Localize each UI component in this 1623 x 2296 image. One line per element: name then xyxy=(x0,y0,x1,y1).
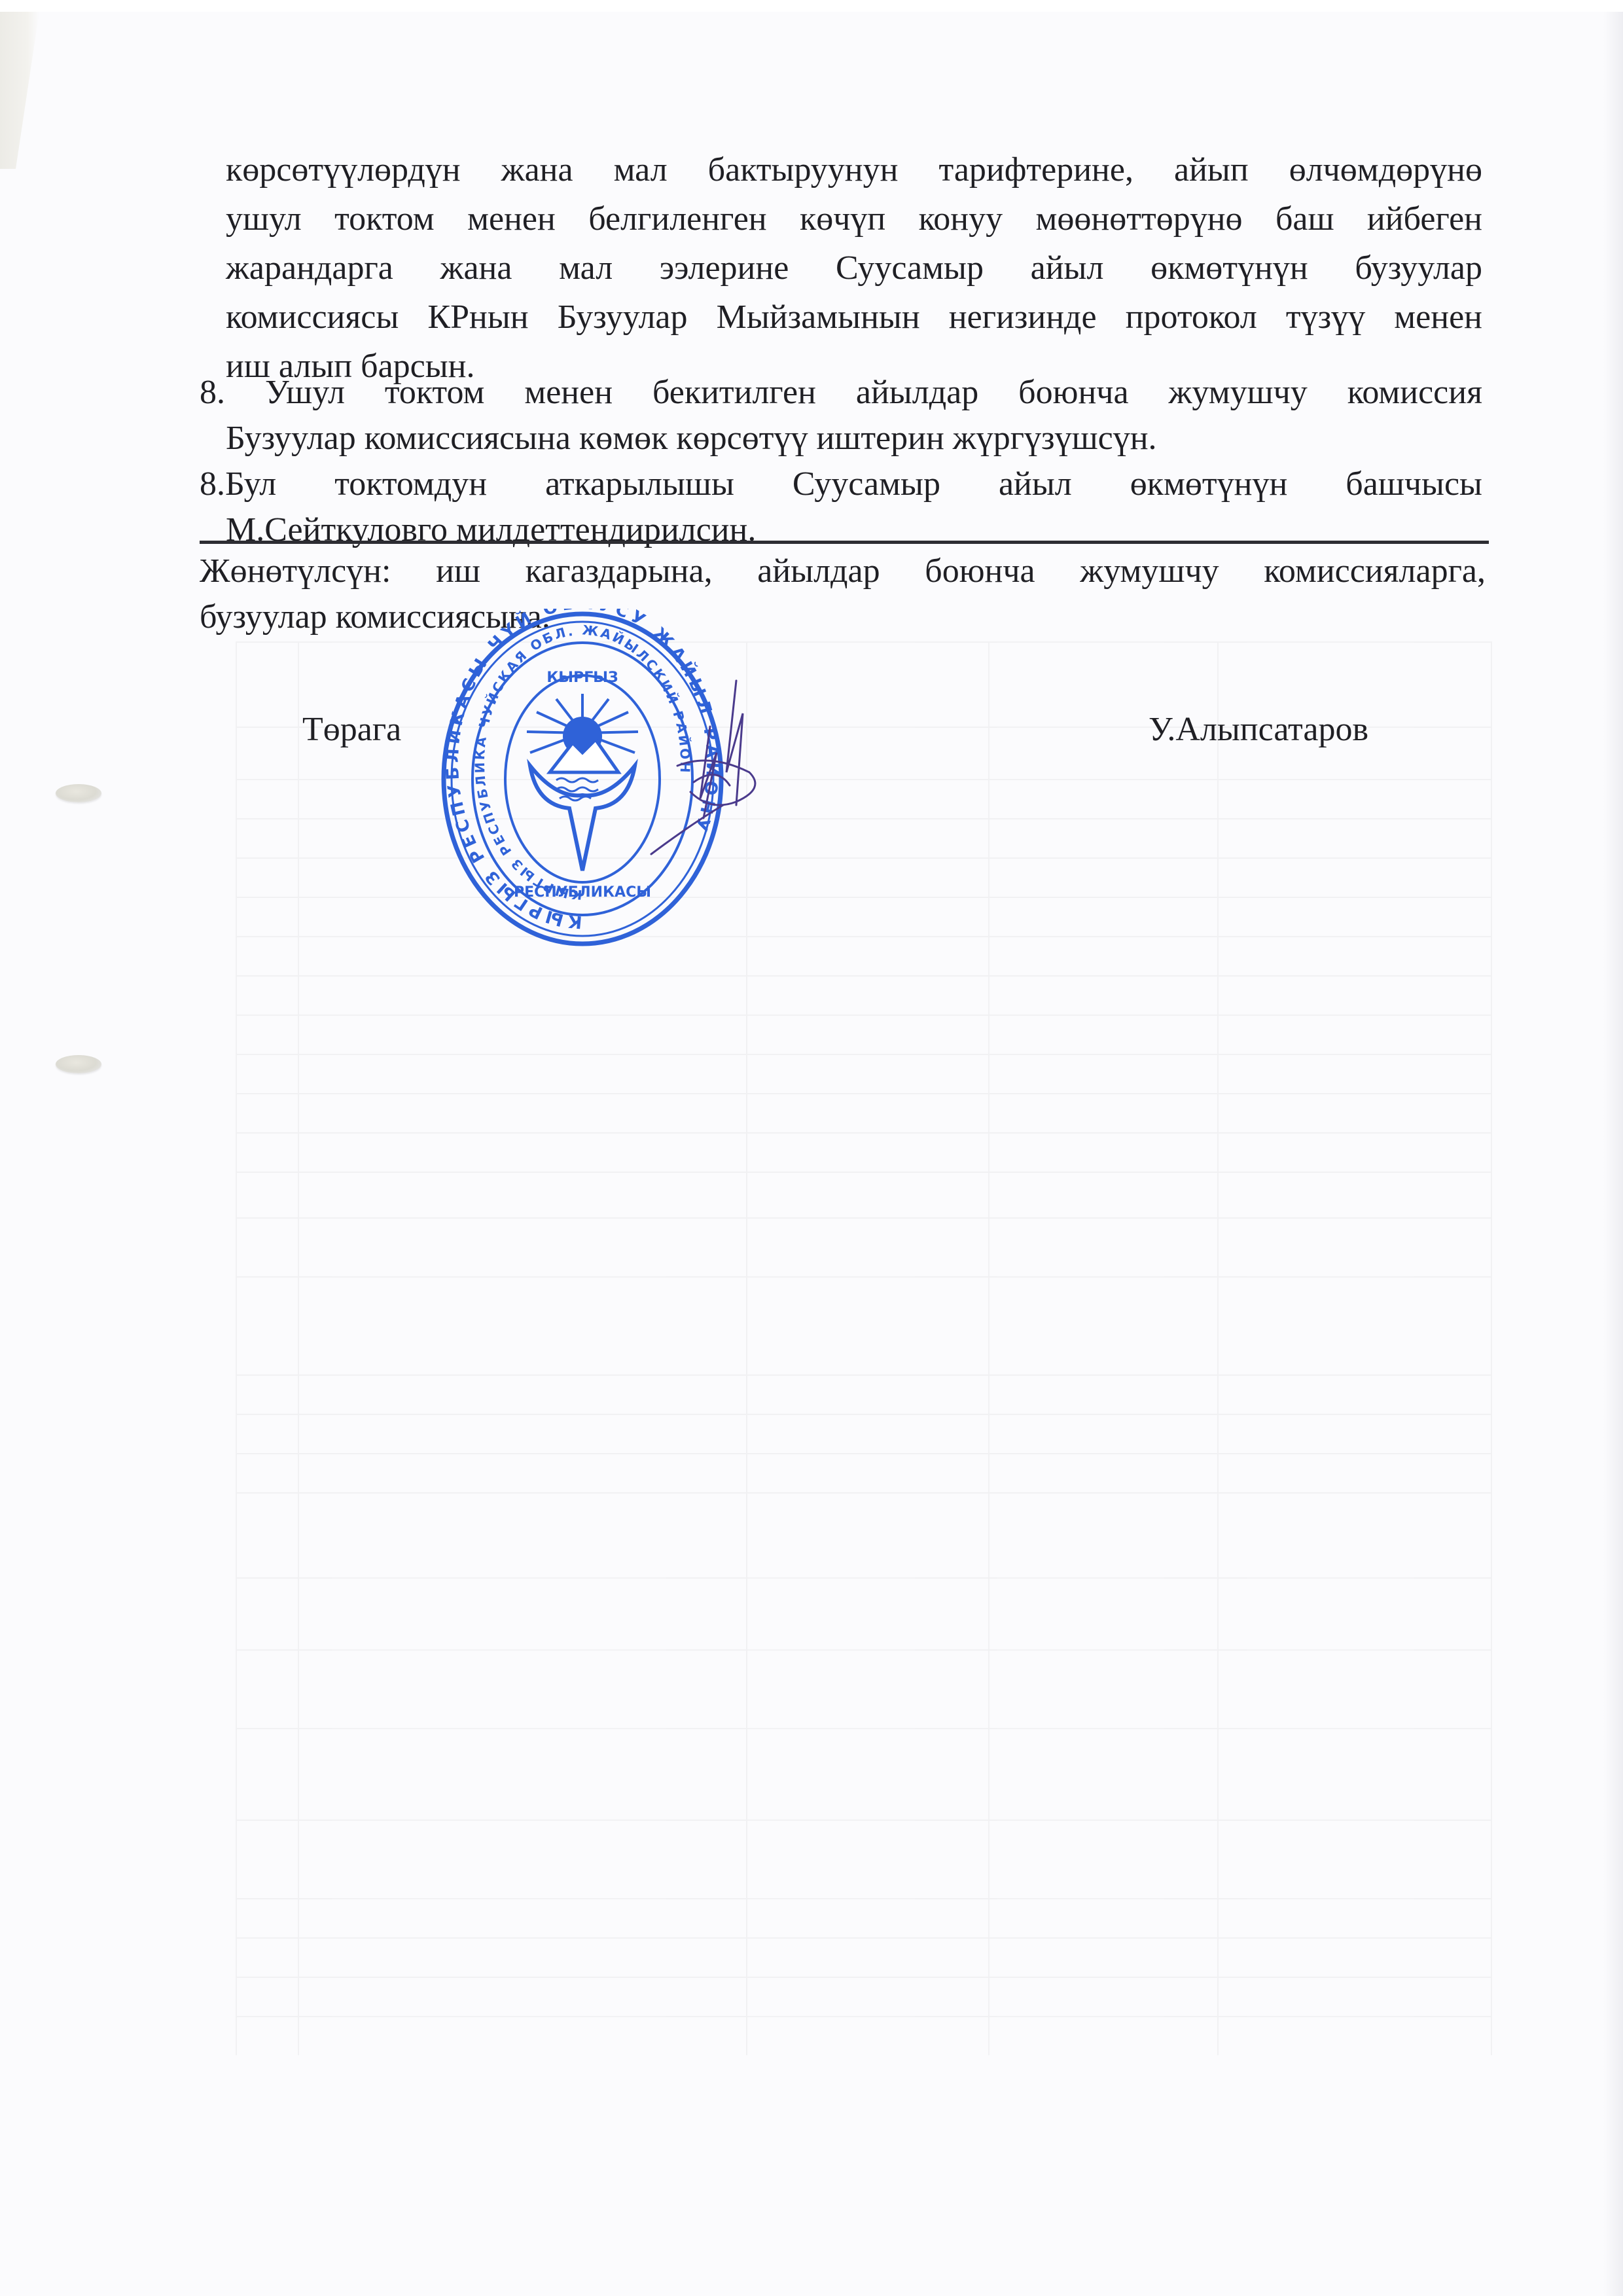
list-item-number: 8. xyxy=(200,374,225,411)
reverse-side-bleed-through xyxy=(236,589,1492,2081)
handwritten-signature-icon xyxy=(638,674,769,857)
list-item-first-line: 8.Бул токтомдун аткарылышы Суусамыр айыл… xyxy=(200,461,1482,507)
distribution-list: Жөнөтүлсүн: иш кагаздарына, айылдар боюн… xyxy=(200,548,1486,640)
list-item-text: Ушул токтом менен бекитилген айылдар бою… xyxy=(265,374,1482,411)
seal-center-bottom-text: РЕСПУБЛИКАСЫ xyxy=(514,884,651,901)
paragraph-line: ушул токтом менен белгиленген көчүп кону… xyxy=(226,194,1482,243)
signatory-title: Төрага xyxy=(302,707,401,753)
page-fold-shadow xyxy=(0,12,39,169)
horizontal-rule xyxy=(200,541,1489,544)
scan-top-margin xyxy=(0,0,1623,12)
list-item-number: 8. xyxy=(200,465,225,503)
paragraph-line: жарандарга жана мал ээлерине Суусамыр ай… xyxy=(226,243,1482,293)
paragraph-continuation: көрсөтүүлөрдүн жана мал бактыруунун тари… xyxy=(226,145,1482,391)
distribution-line: Жөнөтүлсүн: иш кагаздарына, айылдар боюн… xyxy=(200,548,1486,594)
scan-right-edge-shadow xyxy=(1603,12,1623,2296)
distribution-line: бузуулар комиссиясына. xyxy=(200,594,1486,640)
paragraph-line: комиссиясы КРнын Бузуулар Мыйзамынын нег… xyxy=(226,293,1482,342)
paragraph-line: көрсөтүүлөрдүн жана мал бактыруунун тари… xyxy=(226,145,1482,194)
list-item-working-commission: 8. Ушул токтом менен бекитилген айылдар … xyxy=(200,370,1482,461)
list-item-second-line: М.Сейткуловго милдеттендирилсин. xyxy=(200,507,1482,553)
punch-hole-bottom xyxy=(56,1055,101,1073)
signatory-name: У.Алыпсатаров xyxy=(1149,707,1368,753)
list-item-text: Бул токтомдун аткарылышы Суусамыр айыл ө… xyxy=(225,465,1482,503)
list-item-execution-responsibility: 8.Бул токтомдун аткарылышы Суусамыр айыл… xyxy=(200,461,1482,553)
seal-center-top-text: КЫРГЫЗ xyxy=(546,670,618,686)
list-item-second-line: Бузуулар комиссиясына көмөк көрсөтүү ишт… xyxy=(200,416,1482,461)
list-item-first-line: 8. Ушул токтом менен бекитилген айылдар … xyxy=(200,370,1482,416)
punch-hole-top xyxy=(56,784,101,802)
